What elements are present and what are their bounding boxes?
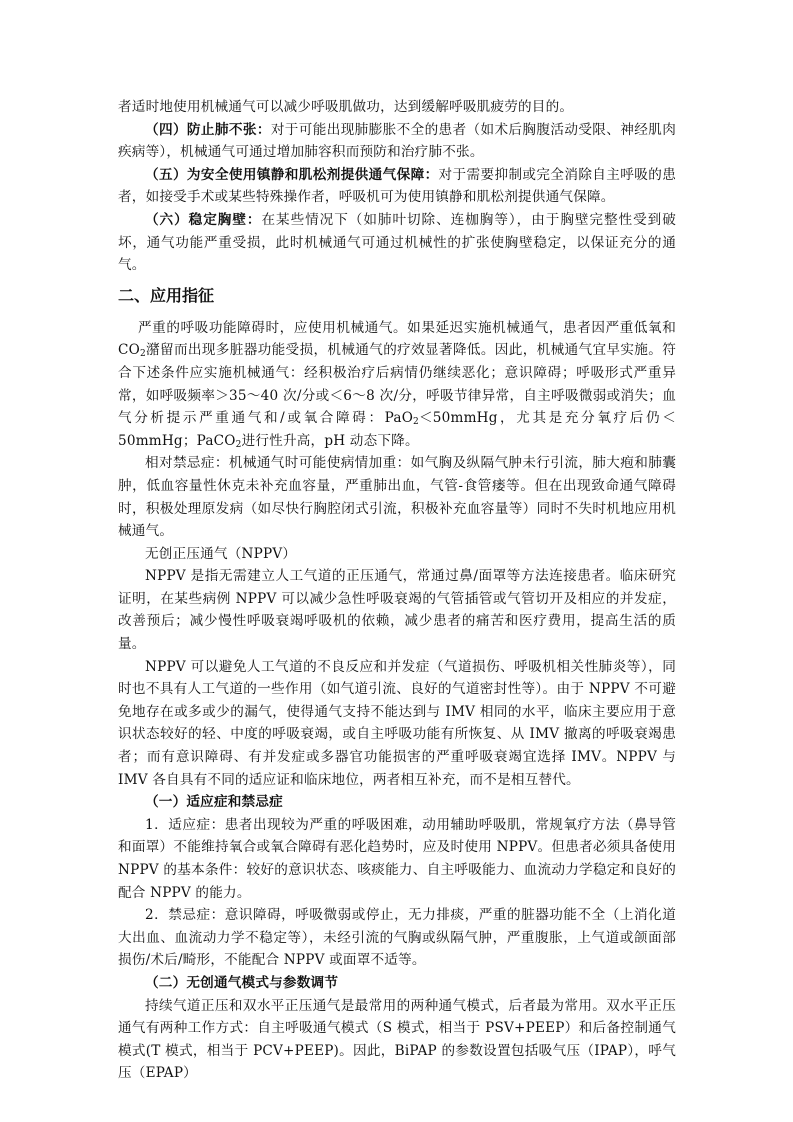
paragraph-relative-contraindications: 相对禁忌症：机械通气时可能使病情加重：如气胸及纵隔气肿未行引流，肺大疱和肺囊肿，…: [118, 452, 676, 542]
paragraph-contraindications-list: 2．禁忌症：意识障碍，呼吸微弱或停止，无力排痰，严重的脏器功能不全（上消化道大出…: [118, 904, 676, 972]
subheading-indications-contraindications: （一）适应症和禁忌症: [118, 791, 676, 814]
paragraph-nppv-1: NPPV 是指无需建立人工气道的正压通气，常通过鼻/面罩等方法连接患者。临床研究…: [118, 565, 676, 655]
section-heading-indications: 二、应用指征: [118, 283, 676, 309]
paragraph-item-4: （四）防止肺不张：对于可能出现肺膨胀不全的患者（如术后胸腹活动受限、神经肌肉疾病…: [118, 119, 676, 164]
item-5-title: （五）为安全使用镇静和肌松剂提供通气保障：: [145, 167, 439, 183]
item-6-title: （六）稳定胸壁：: [145, 212, 261, 228]
item-4-title: （四）防止肺不张：: [145, 122, 271, 138]
paragraph-nppv-2: NPPV 可以避免人工气道的不良反应和并发症（气道损伤、呼吸机相关性肺炎等），同…: [118, 656, 676, 792]
nppv-title: 无创正压通气（NPPV）: [118, 543, 676, 566]
paragraph-indications: 严重的呼吸功能障碍时，应使用机械通气。如果延迟实施机械通气，患者因严重低氧和CO…: [118, 317, 676, 453]
document-page: 者适时地使用机械通气可以减少呼吸肌做功，达到缓解呼吸肌疲劳的目的。 （四）防止肺…: [118, 96, 676, 1085]
paragraph-item-5: （五）为安全使用镇静和肌松剂提供通气保障：对于需要抑制或完全消除自主呼吸的患者，…: [118, 164, 676, 209]
indications-text-d: 进行性升高，pH 动态下降。: [242, 433, 419, 449]
paragraph-intro: 者适时地使用机械通气可以减少呼吸肌做功，达到缓解呼吸肌疲劳的目的。: [118, 96, 676, 119]
subheading-ventilation-modes: （二）无创通气模式与参数调节: [118, 972, 676, 995]
paragraph-ventilation-modes: 持续气道正压和双水平正压通气是最常用的两种通气模式，后者最为常用。双水平正压通气…: [118, 995, 676, 1085]
paragraph-item-6: （六）稳定胸壁：在某些情况下（如肺叶切除、连枷胸等），由于胸壁完整性受到破坏，通…: [118, 209, 676, 277]
paragraph-indications-list: 1．适应症：患者出现较为严重的呼吸困难，动用辅助呼吸肌，常规氧疗方法（鼻导管和面…: [118, 814, 676, 904]
